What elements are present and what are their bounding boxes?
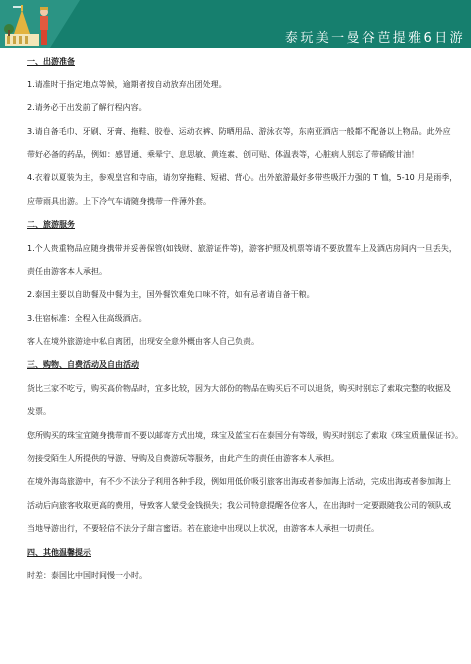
paragraph-line: 2.请务必于出发前了解行程内容。 [27, 103, 147, 113]
section-heading: 四、其他温馨提示 [27, 548, 91, 558]
thai-temple-logo-icon [3, 2, 51, 48]
paragraph-line: 在境外海岛旅游中，有不少不法分子利用各种手段，例如用低价吸引旅客出海或者参加海上… [27, 477, 451, 487]
paragraph-line: 客人在境外旅游途中私自离团，出现安全意外概由客人自己负责。 [27, 337, 259, 347]
page-header: 泰玩美一曼谷芭提雅6日游 [0, 0, 471, 48]
header-title: 泰玩美一曼谷芭提雅6日游 [285, 31, 465, 47]
paragraph-line: 责任由游客本人承担。 [27, 267, 107, 277]
section-heading: 一、出游准备 [27, 57, 75, 67]
paragraph-line: 3.住宿标准：全程入住高级酒店。 [27, 314, 147, 324]
paragraph-line: 带好必备的药品，例如：感冒通、乘晕宁、息思敏、黄连素、创可贴、体温表等，心脏病人… [27, 150, 419, 160]
paragraph-line: 1.个人贵重物品应随身携带并妥善保管(如钱财、旅游证件等)，游客护照及机票等请不… [27, 244, 457, 254]
paragraph-line: 3.请自备毛巾、牙刷、牙膏、拖鞋、胶卷、运动衣裤、防晒用品、游泳衣等，东南亚酒店… [27, 127, 451, 137]
paragraph-line: 时差：泰国比中国时间慢一小时。 [27, 571, 147, 581]
paragraph-line: 您所购买的珠宝宜随身携带而不要以邮寄方式出境，珠宝及蓝宝石在泰国分有等级，购买时… [27, 431, 463, 441]
paragraph-line: 货比三家不吃亏，购买高价物品时，宜多比较，因为大部份的物品在购买后不可以退货，购… [27, 384, 451, 394]
paragraph-line: 2.泰国主要以自助餐及中餐为主，国外餐饮难免口味不符，如有忌者请自备干粮。 [27, 290, 315, 300]
paragraph-line: 当地导游出行，不要轻信不法分子甜言蜜语。若在旅途中出现以上状况，由游客本人承担一… [27, 524, 379, 534]
paragraph-line: 勿接受陌生人所提供的导游、导购及自费游玩等服务，由此产生的责任由游客本人承担。 [27, 454, 339, 464]
paragraph-line: 发票。 [27, 407, 51, 417]
paragraph-line: 应带雨具出游。上下冷气车请随身携带一件薄外套。 [27, 197, 211, 207]
paragraph-line: 1.请准时于指定地点等候，逾期者按自动放弃出团处理。 [27, 80, 227, 90]
section-heading: 三、购物、自费活动及自由活动 [27, 360, 139, 370]
section-heading: 二、旅游服务 [27, 220, 75, 230]
paragraph-line: 4.衣着以夏装为主，参观皇宫和寺庙，请勿穿拖鞋、短裙、背心。出外旅游最好多带些吸… [27, 173, 457, 183]
paragraph-line: 活动后向旅客收取更高的费用，导致客人蒙受金钱损失；我公司特意提醒各位客人，在出海… [27, 501, 451, 511]
